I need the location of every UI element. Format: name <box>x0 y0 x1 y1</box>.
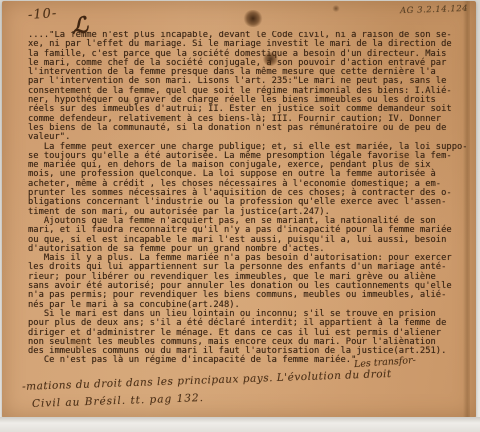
ink-stain <box>332 5 340 12</box>
typed-body-text: ...."La femme n'est plus incapable, deva… <box>28 31 474 371</box>
ink-stain <box>243 10 263 27</box>
handwritten-citation-line-2: Civil au Brésil. tt. pag 132. <box>32 392 204 410</box>
page-number: -10- <box>28 6 58 23</box>
scanner-background <box>0 417 480 432</box>
scanned-document-page: -10- AG 3.2.14.124 ...."La femme n'est p… <box>2 1 476 418</box>
archive-reference: AG 3.2.14.124 <box>400 4 468 16</box>
handwritten-initial-flourish: ℒ <box>71 12 89 40</box>
